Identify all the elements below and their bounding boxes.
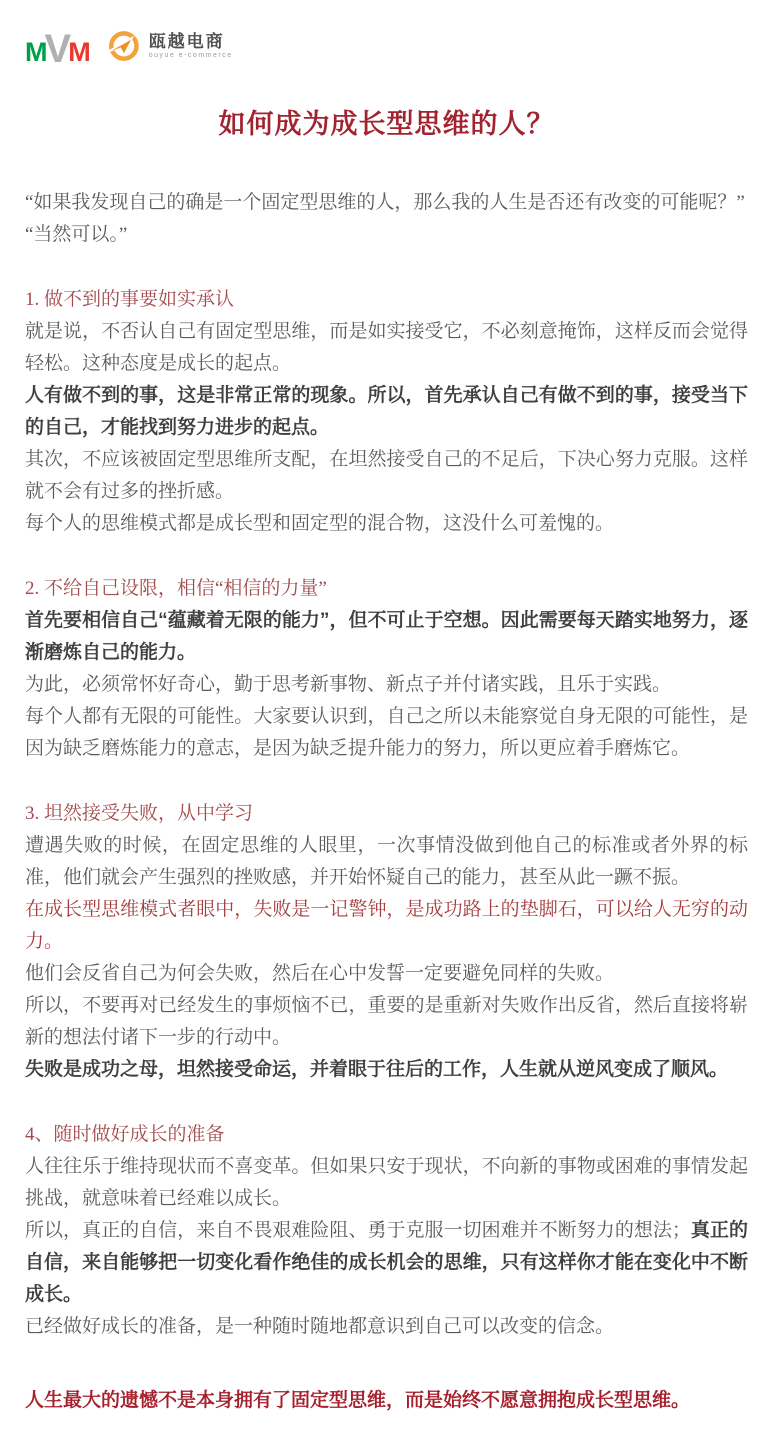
logo-letter-m-red: M: [68, 39, 91, 66]
brand-text: 瓯越电商 ouyue e-commerce: [149, 33, 233, 59]
section-3-paragraph: 他们会反省自己为何会失败，然后在心中发誓一定要避免同样的失败。: [25, 958, 748, 990]
section-1-paragraph: 每个人的思维模式都是成长型和固定型的混合物，这没什么可羞愧的。: [25, 508, 748, 540]
section-3-paragraph: 所以，不要再对已经发生的事烦恼不已，重要的是重新对失败作出反省，然后直接将崭新的…: [25, 990, 748, 1054]
brand-name-cn: 瓯越电商: [149, 33, 233, 52]
mvm-logo: M V M: [25, 26, 91, 66]
section-3-paragraph-red: 在成长型思维模式者眼中，失败是一记警钟，是成功路上的垫脚石，可以给人无穷的动力。: [25, 894, 748, 958]
mixed-normal-part: 所以，真正的自信，来自不畏艰难险阻、勇于克服一切困难并不断努力的想法；: [25, 1220, 691, 1241]
section-2-heading: 2. 不给自己设限，相信“相信的力量”: [25, 573, 748, 605]
section-1-paragraph: 其次，不应该被固定型思维所支配，在坦然接受自己的不足后，下决心努力克服。这样就不…: [25, 444, 748, 508]
closing-statement: 人生最大的遗憾不是本身拥有了固定型思维，而是始终不愿意拥抱成长型思维。: [25, 1385, 748, 1417]
section-1-paragraph: 就是说，不否认自己有固定型思维，而是如实接受它，不必刻意掩饰，这样反而会觉得轻松…: [25, 316, 748, 380]
paper-plane-icon: [105, 28, 141, 64]
page-title: 如何成为成长型思维的人？: [25, 102, 748, 141]
section-3-paragraph: 遭遇失败的时候，在固定思维的人眼里，一次事情没做到他自己的标准或者外界的标准，他…: [25, 830, 748, 894]
section-4-heading: 4、随时做好成长的准备: [25, 1119, 748, 1151]
intro-line-1: “如果我发现自己的确是一个固定型思维的人，那么我的人生是否还有改变的可能呢？”: [25, 187, 748, 219]
section-2-paragraph-bold: 首先要相信自己“蕴藏着无限的能力”，但不可止于空想。因此需要每天踏实地努力，逐渐…: [25, 605, 748, 669]
brand-header: M V M 瓯越电商 ouyue e-commerce: [25, 22, 748, 70]
logo-letter-v-gray: V: [45, 29, 72, 69]
section-2-paragraph: 每个人都有无限的可能性。大家要认识到，自己之所以未能察觉自身无限的可能性，是因为…: [25, 701, 748, 765]
section-1-paragraph-bold: 人有做不到的事，这是非常正常的现象。所以，首先承认自己有做不到的事，接受当下的自…: [25, 380, 748, 444]
section-1-heading: 1. 做不到的事要如实承认: [25, 284, 748, 316]
section-3-paragraph-bold: 失败是成功之母，坦然接受命运，并着眼于往后的工作，人生就从逆风变成了顺风。: [25, 1054, 748, 1086]
section-4: 4、随时做好成长的准备 人往往乐于维持现状而不喜变革。但如果只安于现状，不向新的…: [25, 1119, 748, 1343]
brand-name-en: ouyue e-commerce: [149, 52, 233, 59]
section-1: 1. 做不到的事要如实承认 就是说，不否认自己有固定型思维，而是如实接受它，不必…: [25, 284, 748, 540]
intro-line-2: “当然可以。”: [25, 219, 748, 251]
section-4-paragraph: 人往往乐于维持现状而不喜变革。但如果只安于现状，不向新的事物或困难的事情发起挑战…: [25, 1151, 748, 1215]
section-3: 3. 坦然接受失败，从中学习 遭遇失败的时候，在固定思维的人眼里，一次事情没做到…: [25, 798, 748, 1086]
section-2: 2. 不给自己设限，相信“相信的力量” 首先要相信自己“蕴藏着无限的能力”，但不…: [25, 573, 748, 765]
section-4-paragraph-mixed: 所以，真正的自信，来自不畏艰难险阻、勇于克服一切困难并不断努力的想法；真正的自信…: [25, 1215, 748, 1311]
section-4-paragraph: 已经做好成长的准备，是一种随时随地都意识到自己可以改变的信念。: [25, 1311, 748, 1343]
section-2-paragraph: 为此，必须常怀好奇心，勤于思考新事物、新点子并付诸实践，且乐于实践。: [25, 669, 748, 701]
section-3-heading: 3. 坦然接受失败，从中学习: [25, 798, 748, 830]
intro-paragraph: “如果我发现自己的确是一个固定型思维的人，那么我的人生是否还有改变的可能呢？” …: [25, 187, 748, 251]
document-page: M V M 瓯越电商 ouyue e-commerce 如何成为成长型思维的人？…: [0, 0, 773, 1447]
